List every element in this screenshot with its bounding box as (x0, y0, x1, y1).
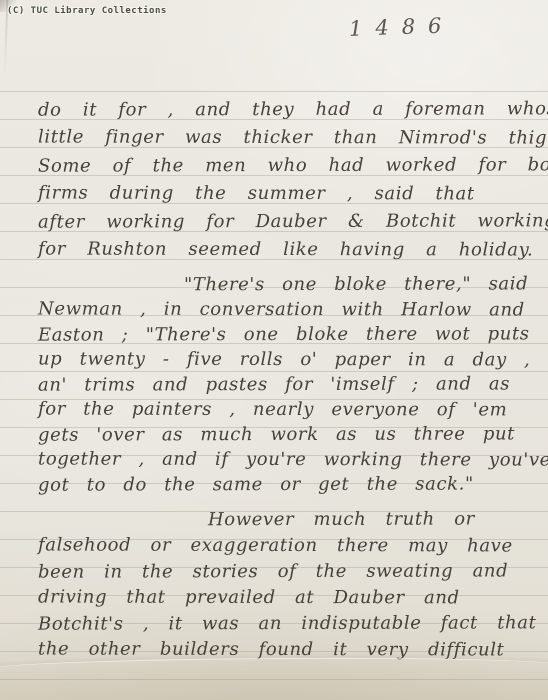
manuscript-line: However much truth or (38, 506, 538, 533)
manuscript-line: Some of the men who had worked for both (38, 151, 538, 180)
manuscript-line: Easton ; "There's one bloke there wot pu… (38, 321, 538, 347)
library-watermark: (C) TUC Library Collections (7, 6, 167, 16)
manuscript-line: been in the stories of the sweating and (38, 558, 538, 585)
manuscript-line: "There's one bloke there," said (38, 271, 538, 297)
paragraph-3: However much truth or falsehood or exagg… (38, 507, 538, 663)
manuscript-line: got to do the same or get the sack." (38, 471, 538, 497)
page-number: 1486 (349, 13, 455, 41)
manuscript-line: up twenty - five rolls o' paper in a day… (38, 346, 538, 372)
manuscript-line: for Rushton seemed like having a holiday… (38, 235, 538, 264)
manuscript-line: little finger was thicker than Nimrod's … (38, 123, 538, 152)
paragraph-1: do it for , and they had a foreman whose… (38, 96, 538, 264)
manuscript-line: after working for Dauber & Botchit worki… (38, 207, 538, 236)
manuscript-line: together , and if you're working there y… (38, 446, 538, 472)
manuscript-line: an' trims and pastes for 'imself ; and a… (38, 371, 538, 397)
manuscript-line: do it for , and they had a foreman whose (38, 95, 538, 124)
manuscript-line: falsehood or exaggeration there may have (38, 532, 538, 559)
manuscript-line: gets 'over as much work as us three put (38, 421, 538, 447)
manuscript-text: do it for , and they had a foreman whose… (38, 96, 538, 663)
manuscript-line: for the painters , nearly everyone of 'e… (38, 396, 538, 422)
manuscript-line: driving that prevailed at Dauber and (38, 584, 538, 611)
paragraph-2: "There's one bloke there," said Newman ,… (38, 272, 538, 497)
manuscript-page: (C) TUC Library Collections 1486 do it f… (0, 0, 548, 700)
manuscript-line: Newman , in conversation with Harlow and (38, 296, 538, 322)
manuscript-line: firms during the summer , said that (38, 179, 538, 208)
manuscript-line: Botchit's , it was an indisputable fact … (38, 610, 538, 637)
